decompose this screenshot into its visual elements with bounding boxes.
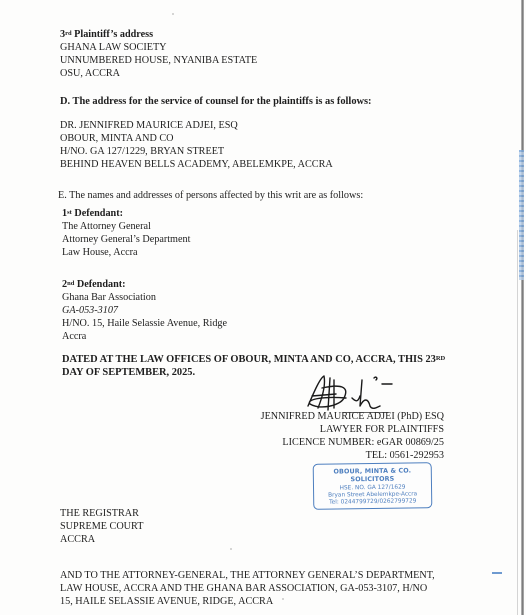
- address-line: BEHIND HEAVEN BELLS ACADEMY, ABELEMKPE, …: [60, 158, 333, 171]
- scan-speck: [282, 598, 284, 600]
- address-line: OBOUR, MINTA AND CO: [60, 132, 333, 145]
- service-line: 15, HAILE SELASSIE AVENUE, RIDGE, ACCRA: [60, 595, 435, 608]
- digital-address: GA-053-3107: [62, 304, 227, 317]
- page-edge-inner-line: [517, 230, 518, 615]
- first-defendant: 1st Defendant: The Attorney General Atto…: [62, 207, 190, 259]
- telephone: TEL: 0561-292953: [261, 449, 444, 462]
- page-edge-shadow: [521, 0, 524, 615]
- section-d: D. The address for the service of counse…: [60, 95, 372, 108]
- signature-dots: ........................................…: [342, 404, 388, 417]
- dated-line-1: DATED AT THE LAW OFFICES OF OBOUR, MINTA…: [62, 353, 445, 366]
- address-line: H/NO. GA 127/1229, BRYAN STREET: [60, 145, 333, 158]
- address-line: Accra: [62, 330, 227, 343]
- address-line: OSU, ACCRA: [60, 67, 257, 80]
- address-line: DR. JENNIFRED MAURICE ADJEI, ESQ: [60, 119, 333, 132]
- service-line: LAW HOUSE, ACCRA AND THE GHANA BAR ASSOC…: [60, 582, 435, 595]
- scan-speck: [172, 13, 174, 15]
- counsel-address: DR. JENNIFRED MAURICE ADJEI, ESQ OBOUR, …: [60, 119, 333, 171]
- stamp-firm-name: OBOUR, MINTA & CO. SOLICITORS: [314, 466, 431, 484]
- scanned-document-page: 3rd Plaintiff’s address GHANA LAW SOCIET…: [0, 0, 526, 615]
- law-firm-stamp: OBOUR, MINTA & CO. SOLICITORS HSE. NO. G…: [313, 462, 433, 510]
- second-defendant: 2nd Defendant: Ghana Bar Association GA-…: [62, 278, 227, 343]
- second-defendant-heading: 2nd Defendant:: [62, 278, 227, 291]
- address-line: Law House, Accra: [62, 246, 190, 259]
- licence-number: LICENCE NUMBER: eGAR 00869/25: [261, 436, 444, 449]
- section-e-heading: E. The names and addresses of persons af…: [58, 189, 363, 202]
- address-line: ACCRA: [60, 533, 143, 546]
- stamp-telephone: Tel: 0244799729/0262799729: [314, 498, 431, 506]
- address-line: GHANA LAW SOCIETY: [60, 41, 257, 54]
- scan-speck: [230, 548, 232, 550]
- first-defendant-heading: 1st Defendant:: [62, 207, 190, 220]
- address-line: THE REGISTRAR: [60, 507, 143, 520]
- third-plaintiff-heading: 3rd Plaintiff’s address: [60, 28, 257, 41]
- page-edge-blue-marks: [519, 150, 524, 280]
- signatory-role: LAWYER FOR PLAINTIFFS: [261, 423, 444, 436]
- third-plaintiff-address: 3rd Plaintiff’s address GHANA LAW SOCIET…: [60, 28, 257, 80]
- address-line: Attorney General’s Department: [62, 233, 190, 246]
- address-line: Ghana Bar Association: [62, 291, 227, 304]
- address-line: UNNUMBERED HOUSE, NYANIBA ESTATE: [60, 54, 257, 67]
- address-line: H/NO. 15, Haile Selassie Avenue, Ridge: [62, 317, 227, 330]
- service-addressees: AND TO THE ATTORNEY-GENERAL, THE ATTORNE…: [60, 569, 435, 608]
- scan-blue-mark: [492, 572, 502, 574]
- service-line: AND TO THE ATTORNEY-GENERAL, THE ATTORNE…: [60, 569, 435, 582]
- section-d-heading: D. The address for the service of counse…: [60, 95, 372, 108]
- registrar-address: THE REGISTRAR SUPREME COURT ACCRA: [60, 507, 143, 546]
- address-line: The Attorney General: [62, 220, 190, 233]
- signature-block: ........................................…: [261, 410, 444, 462]
- address-line: SUPREME COURT: [60, 520, 143, 533]
